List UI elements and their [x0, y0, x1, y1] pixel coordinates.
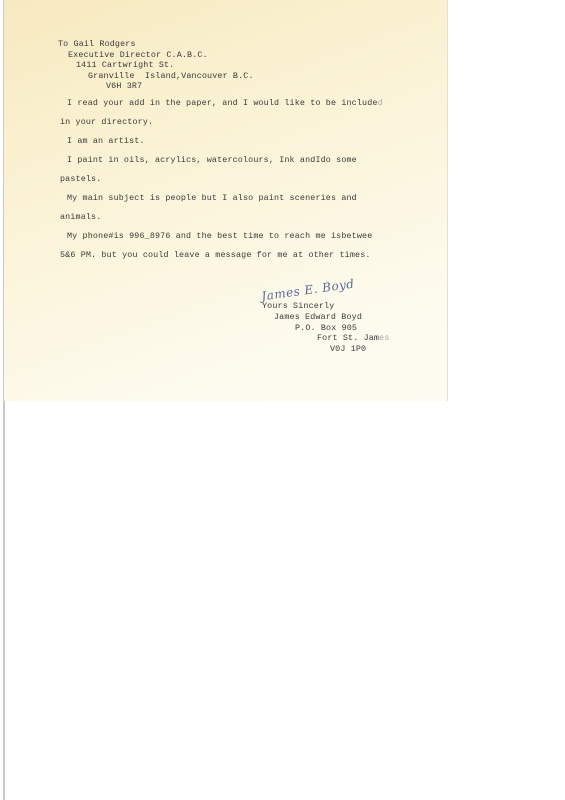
letter-page: To Gail Rodgers Executive Director C.A.B… — [4, 0, 448, 401]
sender-po-box: P.O. Box 905 — [295, 323, 357, 333]
body-paragraph-4-line-2: animals. — [60, 212, 101, 222]
recipient-name: To Gail Rodgers — [58, 39, 136, 49]
body-paragraph-3-line-1: I paint in oils, acrylics, watercolours,… — [67, 155, 357, 165]
body-text: I read your add in the paper, and I woul… — [67, 98, 378, 108]
body-paragraph-5-line-2: 5&6 PM. but you could leave a message fo… — [60, 250, 371, 260]
body-paragraph-1-line-2: in your directory. — [60, 117, 153, 127]
town-text: Fort St. Jam — [317, 333, 379, 343]
body-paragraph-3-line-2: pastels. — [60, 174, 101, 184]
body-paragraph-4-line-1: My main subject is people but I also pai… — [67, 193, 357, 203]
body-paragraph-2: I am an artist. — [67, 136, 145, 146]
handwritten-signature: James E. Boyd — [260, 277, 355, 304]
recipient-street: 1411 Cartwright St. — [76, 60, 174, 70]
body-paragraph-5-line-1: My phone#is 996_8976 and the best time t… — [67, 231, 372, 241]
sender-name: James Edward Boyd — [274, 312, 362, 322]
recipient-postal: V6H 3R7 — [106, 81, 142, 91]
sender-postal: V0J 1P0 — [330, 344, 366, 354]
faint-text: d — [378, 98, 383, 108]
sender-town: Fort St. James — [317, 333, 389, 343]
closing-salutation: Yours Sincerly — [262, 301, 334, 311]
body-paragraph-1-line-1: I read your add in the paper, and I woul… — [67, 98, 383, 108]
recipient-title: Executive Director C.A.B.C. — [68, 50, 208, 60]
recipient-city: Granville Island,Vancouver B.C. — [88, 71, 254, 81]
faint-text: es — [379, 333, 389, 343]
